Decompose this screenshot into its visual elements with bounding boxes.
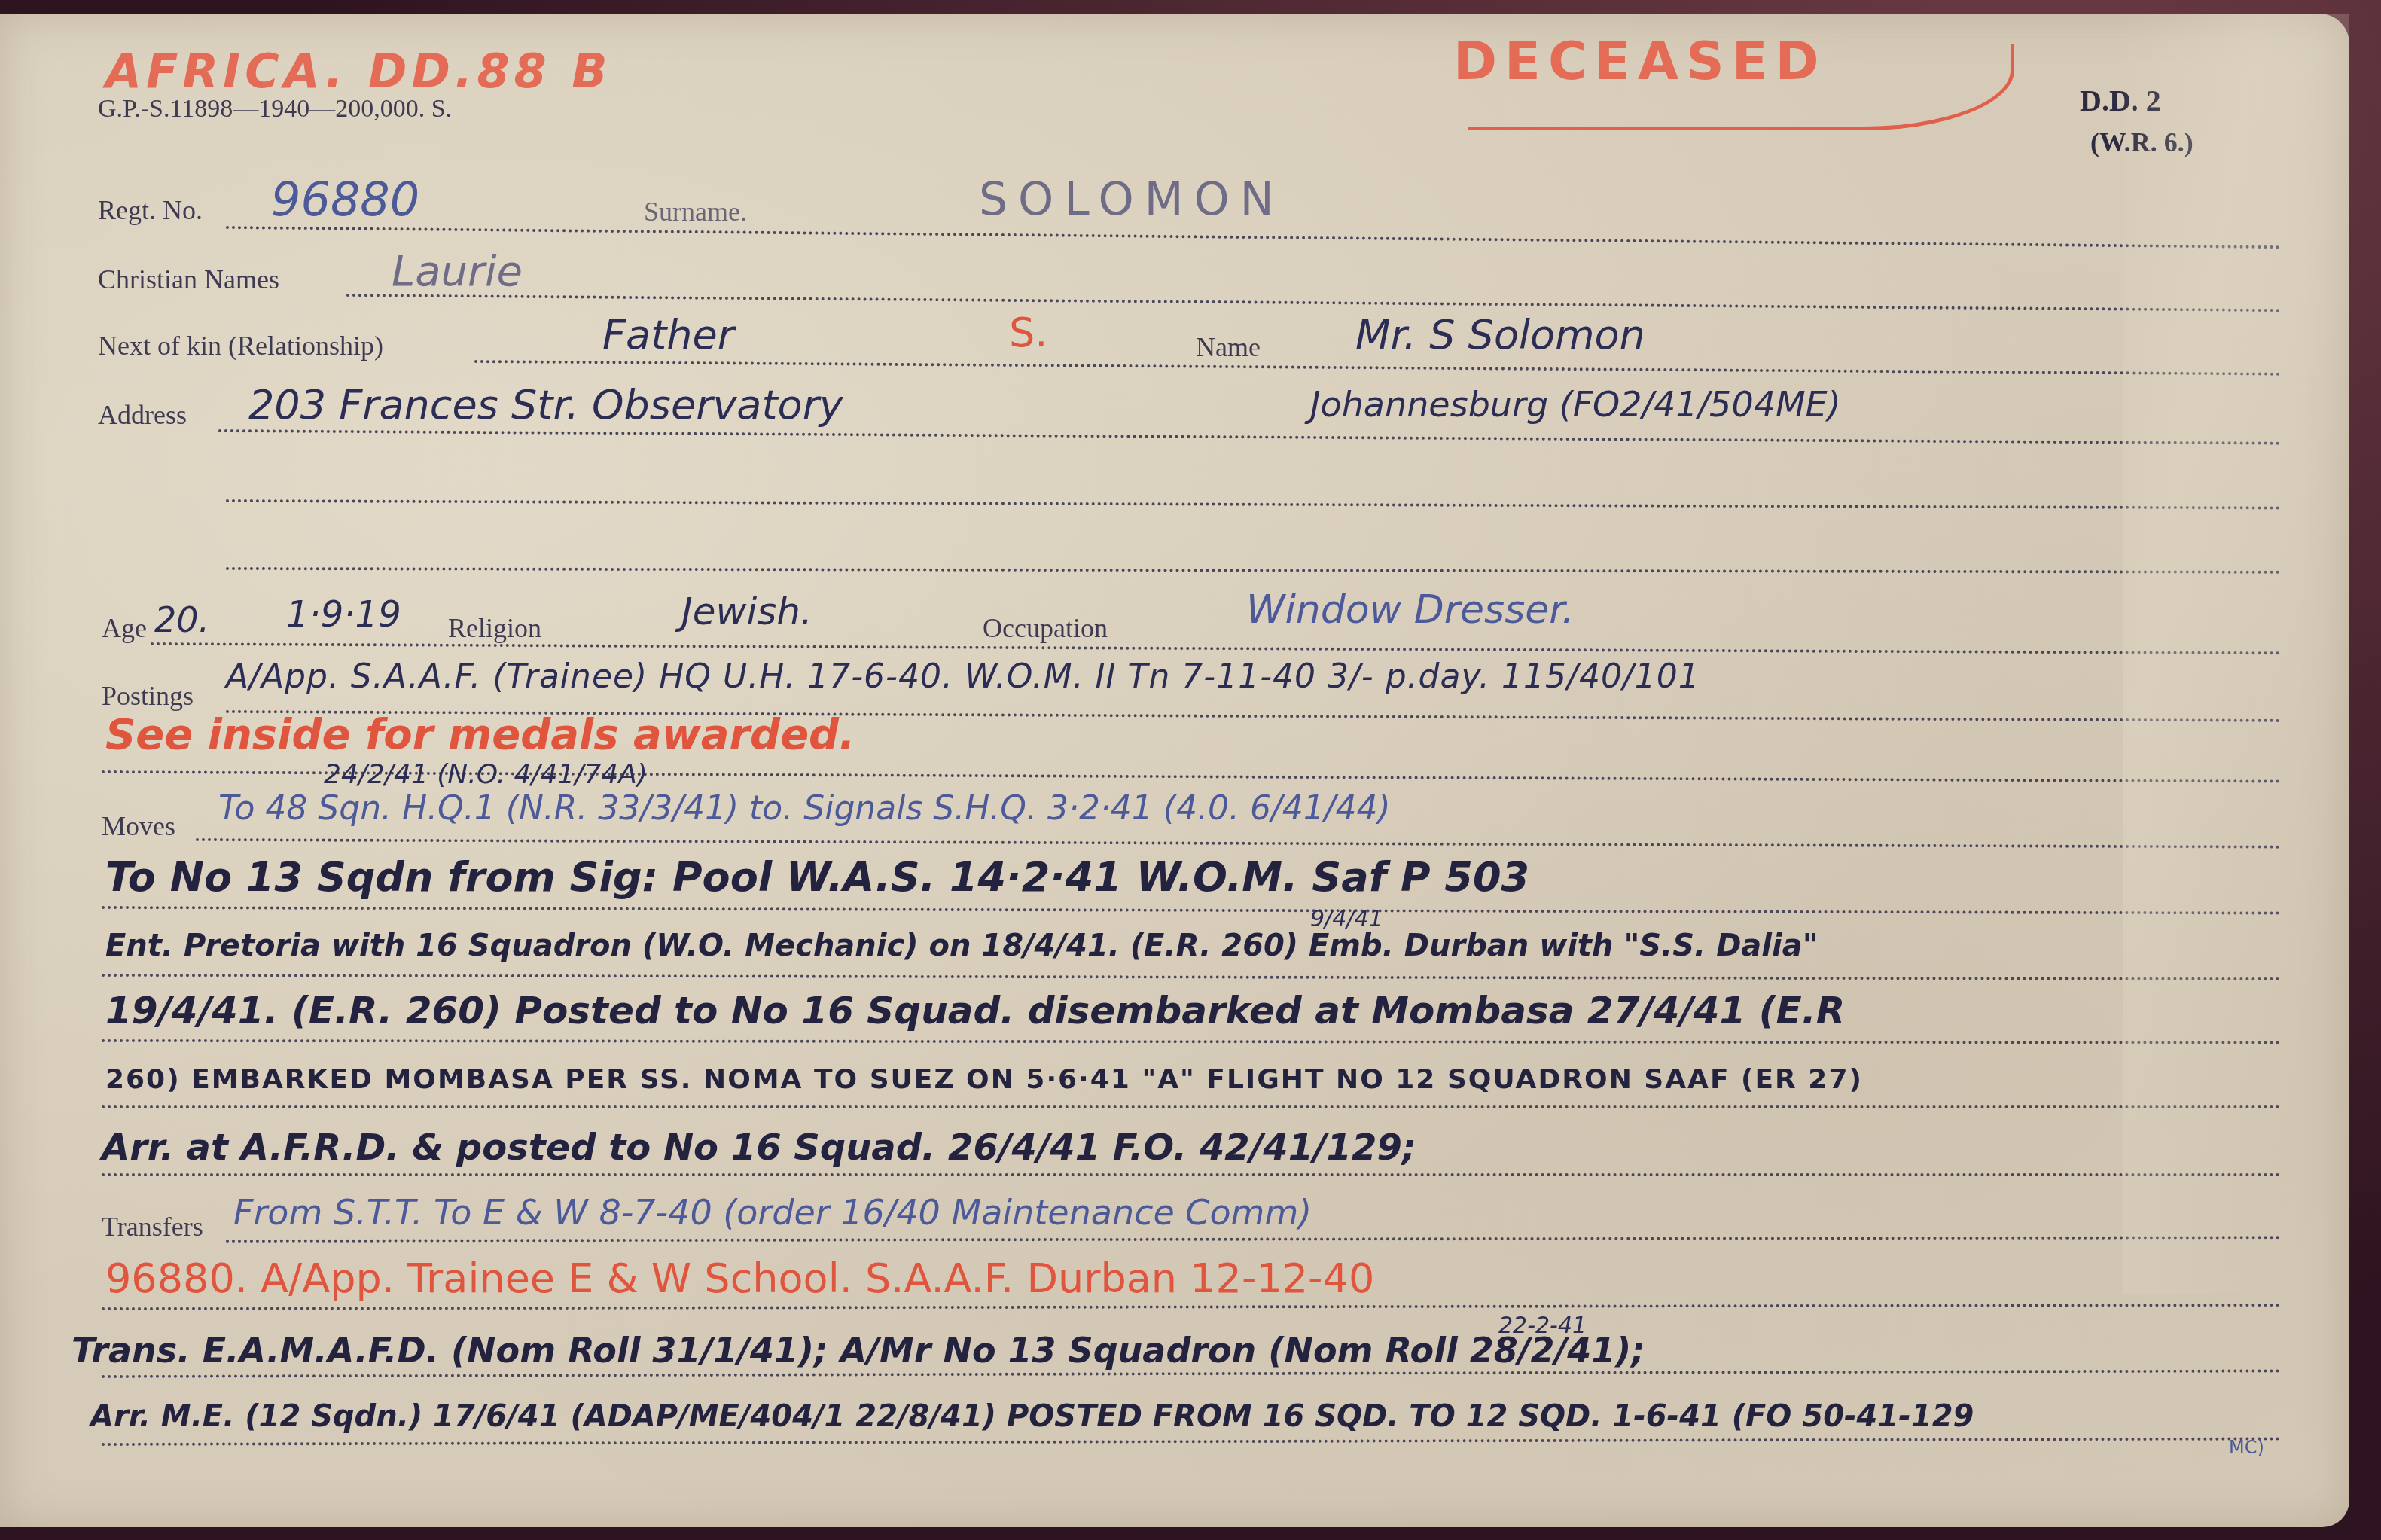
surname-value: SOLOMON	[979, 173, 1285, 226]
transfers-rule-3	[102, 1369, 2282, 1378]
occupation-value: Window Dresser.	[1246, 587, 1574, 633]
transfers-rule	[226, 1236, 2282, 1243]
address-label: Address	[98, 399, 187, 431]
occupation-label: Occupation	[983, 612, 1108, 644]
printer-reference: G.P.-S.11898—1940—200,000. S.	[98, 95, 452, 124]
date-of-birth-value: 1·9·19	[286, 593, 401, 636]
religion-label: Religion	[448, 612, 541, 644]
regt-no-rule	[226, 226, 2282, 249]
medals-note: See inside for medals awarded.	[105, 710, 855, 759]
next-of-kin-mark: S.	[1009, 309, 1047, 356]
christian-names-rule	[346, 294, 2282, 312]
address-rule-3	[226, 567, 2282, 574]
moves-entry-2: To No 13 Sqdn from Sig: Pool W.A.S. 14·2…	[105, 853, 1529, 901]
moves-rule-6	[102, 1173, 2282, 1176]
moves-rule-2	[102, 906, 2282, 915]
moves-superscript: 24/2/41 (N.O. 4/41/74A)	[324, 759, 648, 790]
age-rule	[151, 642, 2282, 654]
transfers-entry-4-note: MC)	[2229, 1437, 2264, 1458]
next-of-kin-label: Next of kin (Relationship)	[98, 330, 383, 361]
moves-label: Moves	[102, 810, 175, 842]
name-label: Name	[1196, 331, 1261, 363]
moves-entry-3: Ent. Pretoria with 16 Squadron (W.O. Mec…	[105, 929, 1819, 963]
next-of-kin-relationship: Father	[602, 311, 734, 358]
surname-label: Surname.	[644, 196, 747, 227]
moves-rule-3	[102, 974, 2282, 980]
moves-rule	[196, 838, 2282, 849]
address-rule-1	[218, 429, 2282, 445]
transfers-entry-3: Trans. E.A.M.A.F.D. (Nom Roll 31/1/41); …	[72, 1330, 1645, 1371]
form-number: D.D. 2	[2080, 83, 2161, 118]
transfers-rule-2	[102, 1304, 2282, 1310]
christian-names-label: Christian Names	[98, 264, 279, 295]
age-value: 20.	[154, 599, 209, 640]
christian-names-value: Laurie	[392, 247, 523, 296]
transfers-entry: From S.T.T. To E & W 8-7-40 (order 16/40…	[233, 1192, 1312, 1233]
regt-no-value: 96880	[271, 172, 419, 227]
moves-rule-4	[102, 1039, 2282, 1044]
moves-entry-4: 19/4/41. (E.R. 260) Posted to No 16 Squa…	[105, 989, 1845, 1032]
transfers-entry-2: 96880. A/App. Trainee E & W School. S.A.…	[105, 1255, 1374, 1302]
transfers-label: Transfers	[102, 1211, 203, 1243]
moves-entry-6: Arr. at A.F.R.D. & posted to No 16 Squad…	[102, 1127, 1416, 1169]
transfers-entry-4: Arr. M.E. (12 Sqdn.) 17/6/41 (ADAP/ME/40…	[90, 1399, 1974, 1434]
regt-no-label: Regt. No.	[98, 194, 203, 226]
postings-label: Postings	[102, 680, 194, 712]
deceased-underline	[1468, 44, 2014, 130]
form-subref: (W.R. 6.)	[2090, 127, 2194, 158]
religion-value: Jewish.	[681, 590, 812, 633]
address-line-1: 203 Frances Str. Observatory	[248, 381, 843, 428]
moves-entry: To 48 Sqn. H.Q.1 (N.R. 33/3/41) to. Sign…	[218, 789, 1391, 828]
address-line-2: Johannesburg (FO2/41/504ME)	[1310, 384, 1841, 425]
address-rule-2	[226, 499, 2282, 510]
next-of-kin-name: Mr. S Solomon	[1355, 311, 1645, 358]
next-of-kin-rule	[474, 360, 2282, 376]
moves-entry-5: 260) EMBARKED MOMBASA PER SS. NOMA TO SU…	[105, 1064, 1863, 1095]
transfers-rule-4	[102, 1437, 2282, 1446]
moves-rule-5	[102, 1105, 2282, 1108]
record-card: AFRICA. DD.88 B DECEASED G.P.-S.11898—19…	[0, 14, 2349, 1527]
age-label: Age	[102, 612, 147, 644]
region-stamp: AFRICA. DD.88 B	[105, 44, 612, 99]
postings-entry: A/App. S.A.A.F. (Trainee) HQ U.H. 17-6-4…	[226, 657, 1700, 696]
